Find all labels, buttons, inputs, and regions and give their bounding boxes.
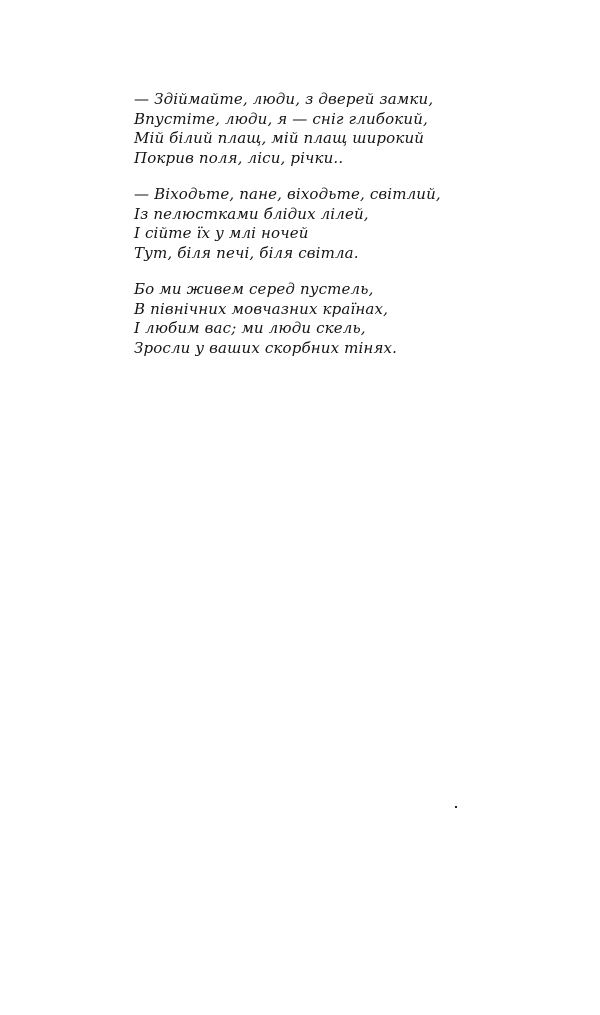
poem-line: І сійте їх у млі ночей <box>134 224 441 244</box>
poem-line: Покрив поля, ліси, річки.. <box>134 149 441 169</box>
poem-line: — Віходьте, пане, віходьте, світлий, <box>134 185 441 205</box>
poem-line: Зросли у ваших скорбних тінях. <box>134 339 441 359</box>
poem-line: Мій білий плащ, мій плащ широкий <box>134 129 441 149</box>
stanza-3: Бо ми живем серед пустель, В північних м… <box>134 280 441 358</box>
scan-speck <box>455 806 457 808</box>
poem-line: Із пелюстками блідих лілей, <box>134 205 441 225</box>
stanza-2: — Віходьте, пане, віходьте, світлий, Із … <box>134 185 441 263</box>
poem-line: Впустіте, люди, я — сніг глибокий, <box>134 110 441 130</box>
stanza-1: — Здіймайте, люди, з дверей замки, Впуст… <box>134 90 441 168</box>
poem-line: Бо ми живем серед пустель, <box>134 280 441 300</box>
document-page: — Здіймайте, люди, з дверей замки, Впуст… <box>0 0 600 1015</box>
poem-line: І любим вас; ми люди скель, <box>134 319 441 339</box>
poem-line: Тут, біля печі, біля світла. <box>134 244 441 264</box>
poem: — Здіймайте, люди, з дверей замки, Впуст… <box>134 90 441 375</box>
poem-line: В північних мовчазних країнах, <box>134 300 441 320</box>
poem-line: — Здіймайте, люди, з дверей замки, <box>134 90 441 110</box>
